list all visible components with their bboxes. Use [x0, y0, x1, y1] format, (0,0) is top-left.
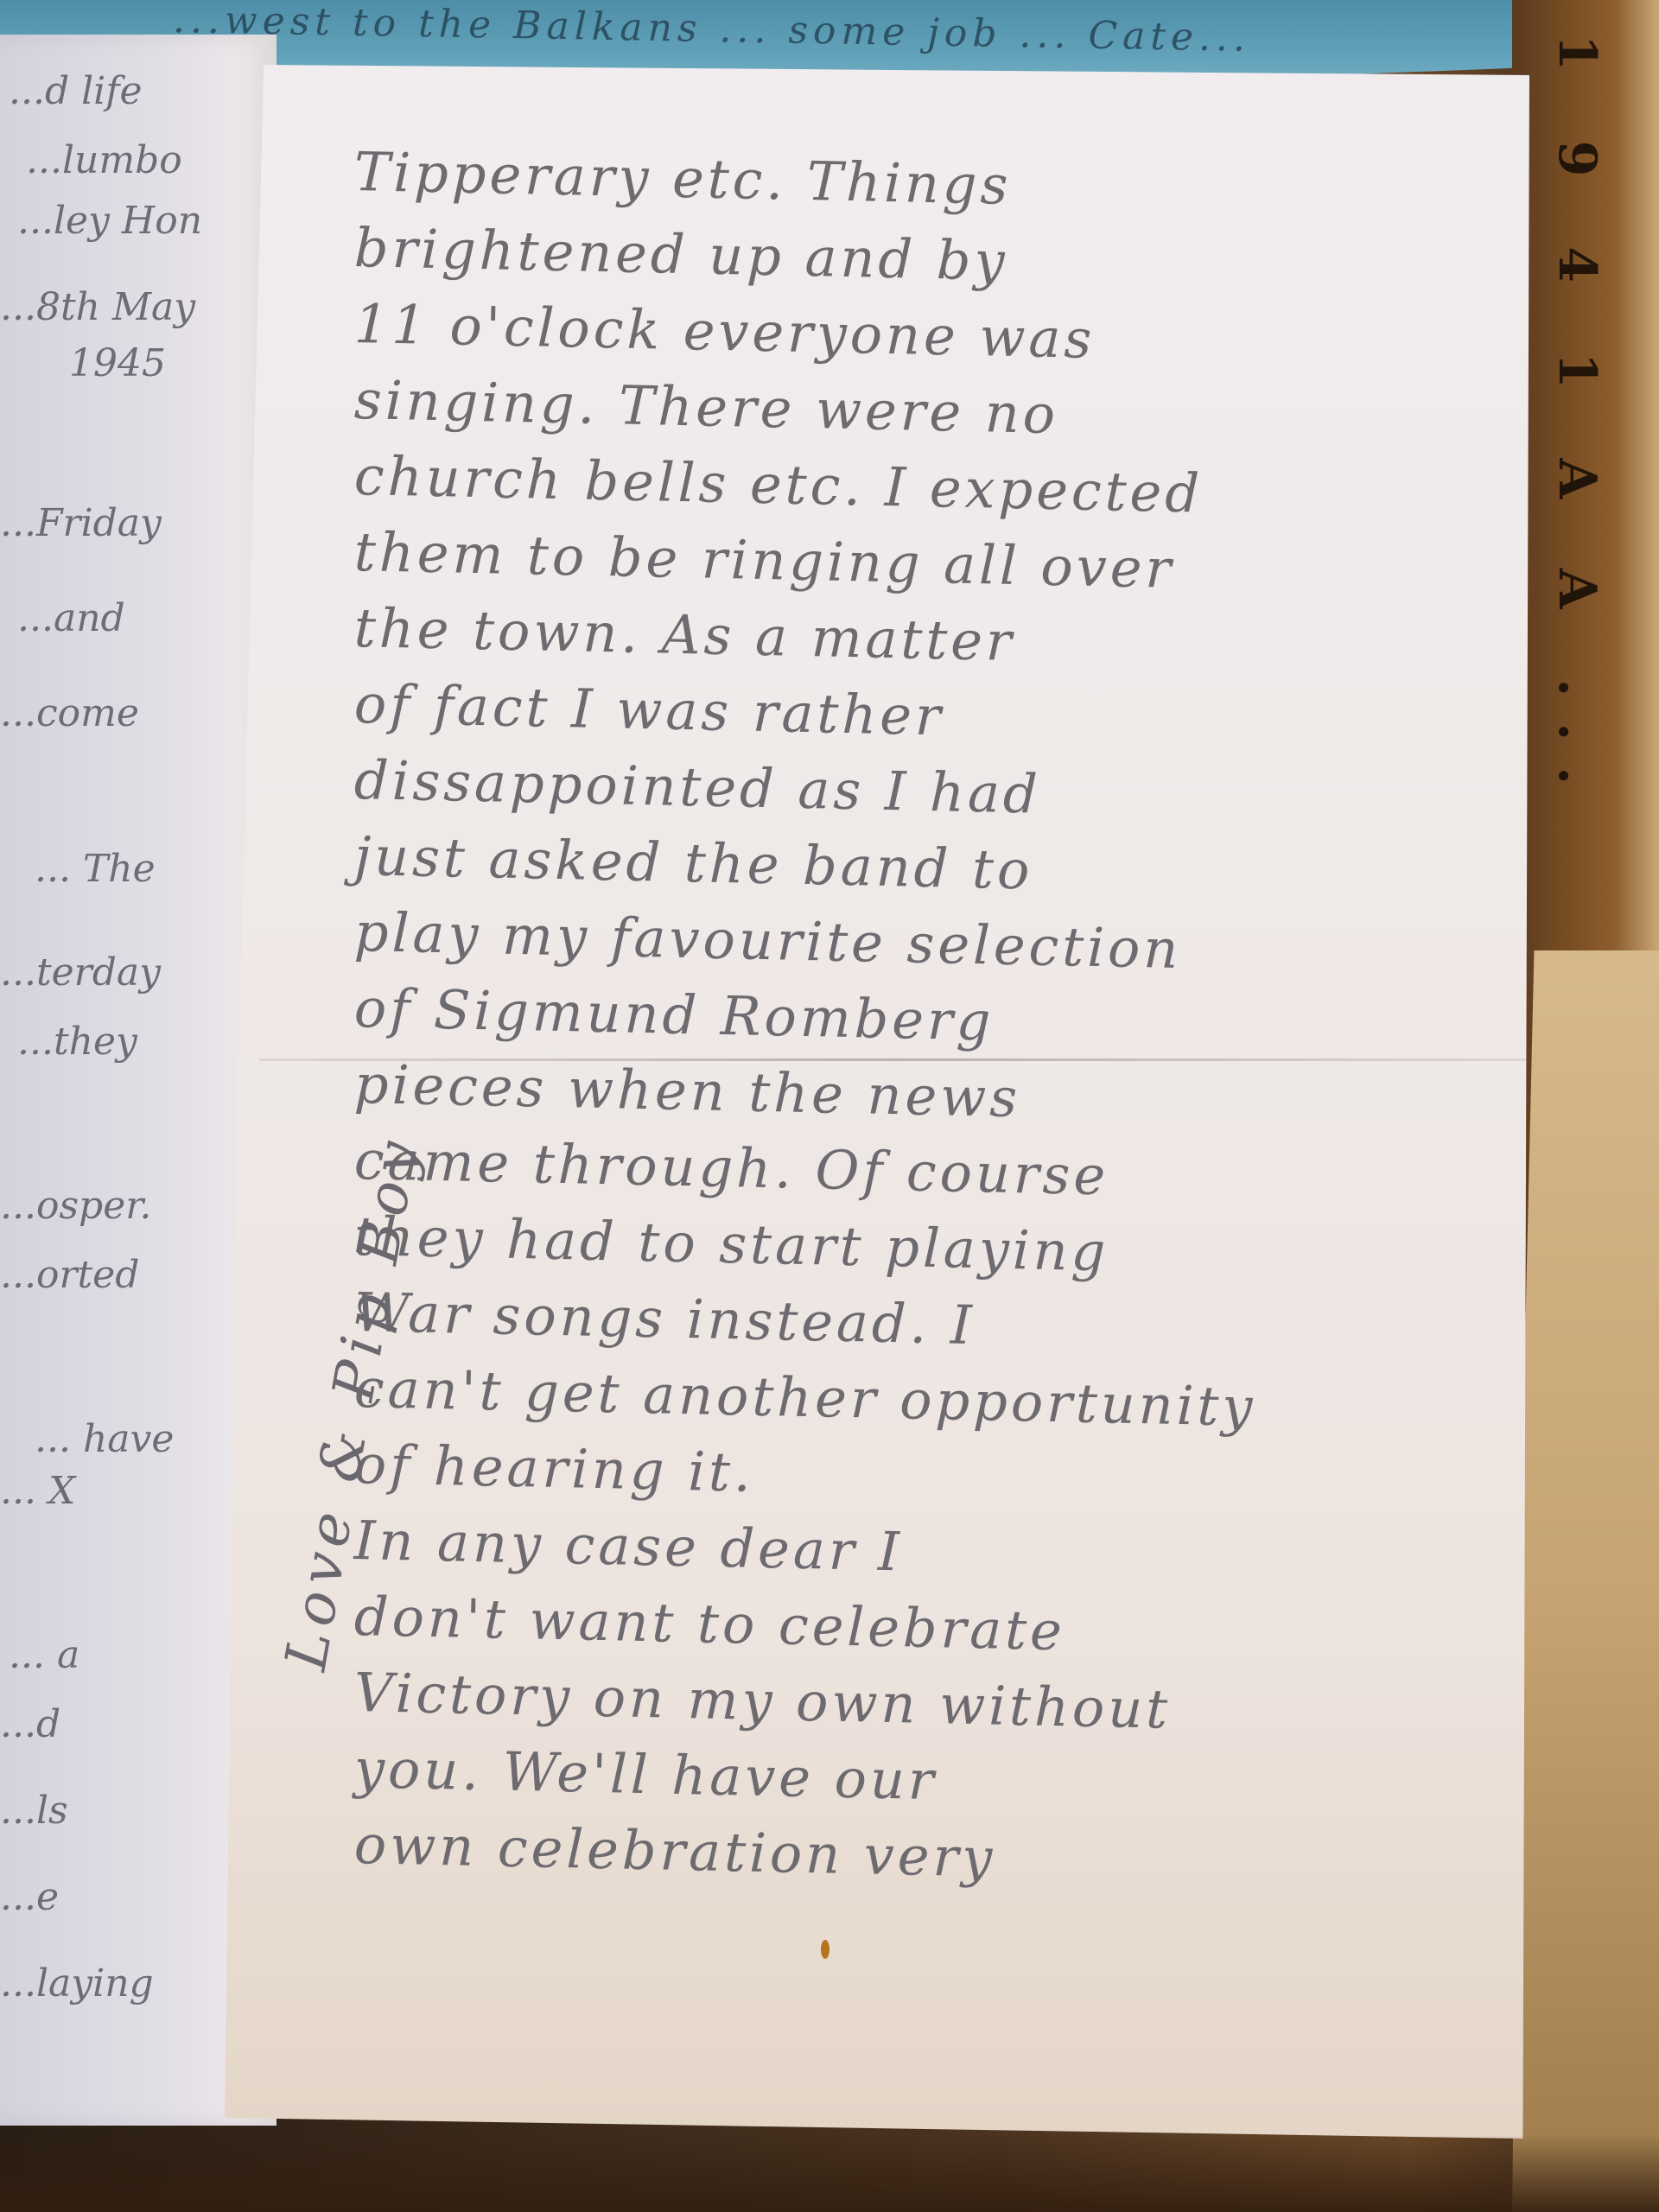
ink-stain	[821, 1940, 829, 1959]
left-page-line: ...e	[0, 1875, 59, 1919]
left-page-line: ...osper.	[0, 1184, 151, 1228]
letter-photo: ...west to the Balkans ... some job ... …	[0, 0, 1659, 2212]
left-page-line: ...ley Hon	[17, 199, 202, 243]
left-page-line: ...orted	[0, 1253, 139, 1297]
left-page-line: ... have	[35, 1417, 174, 1461]
brown-strip-text: 1 9 4 1 A A ...	[1547, 35, 1607, 810]
aged-paper-edge	[1512, 950, 1659, 2212]
left-page-line: ...d life	[9, 69, 143, 113]
blue-sheet-text: ...west to the Balkans ... some job ... …	[173, 0, 1251, 60]
left-page-line: ...terday	[0, 950, 161, 995]
left-page-line: ... X	[0, 1469, 75, 1513]
left-page-line: ...they	[17, 1020, 137, 1064]
left-page-line: ...d	[0, 1702, 60, 1746]
left-page-line: ...ls	[0, 1789, 68, 1833]
left-page-line: ...lumbo	[26, 138, 182, 182]
letter-body: Tipperary etc. Things brightened up and …	[354, 134, 1512, 1883]
left-page-line: ... The	[35, 847, 156, 891]
left-page-line: ... a	[9, 1633, 79, 1677]
left-page-line: ...laying	[0, 1961, 154, 2005]
left-page-line: ...come	[0, 691, 139, 735]
main-letter-page: Tipperary etc. Things brightened up and …	[225, 65, 1529, 2139]
left-page-line: ...8th May	[0, 285, 195, 329]
bottom-shadow	[0, 2134, 1659, 2212]
left-page-line: ...and	[17, 596, 125, 640]
left-page-line: 1945	[69, 341, 166, 385]
left-page-line: ...Friday	[0, 501, 162, 545]
